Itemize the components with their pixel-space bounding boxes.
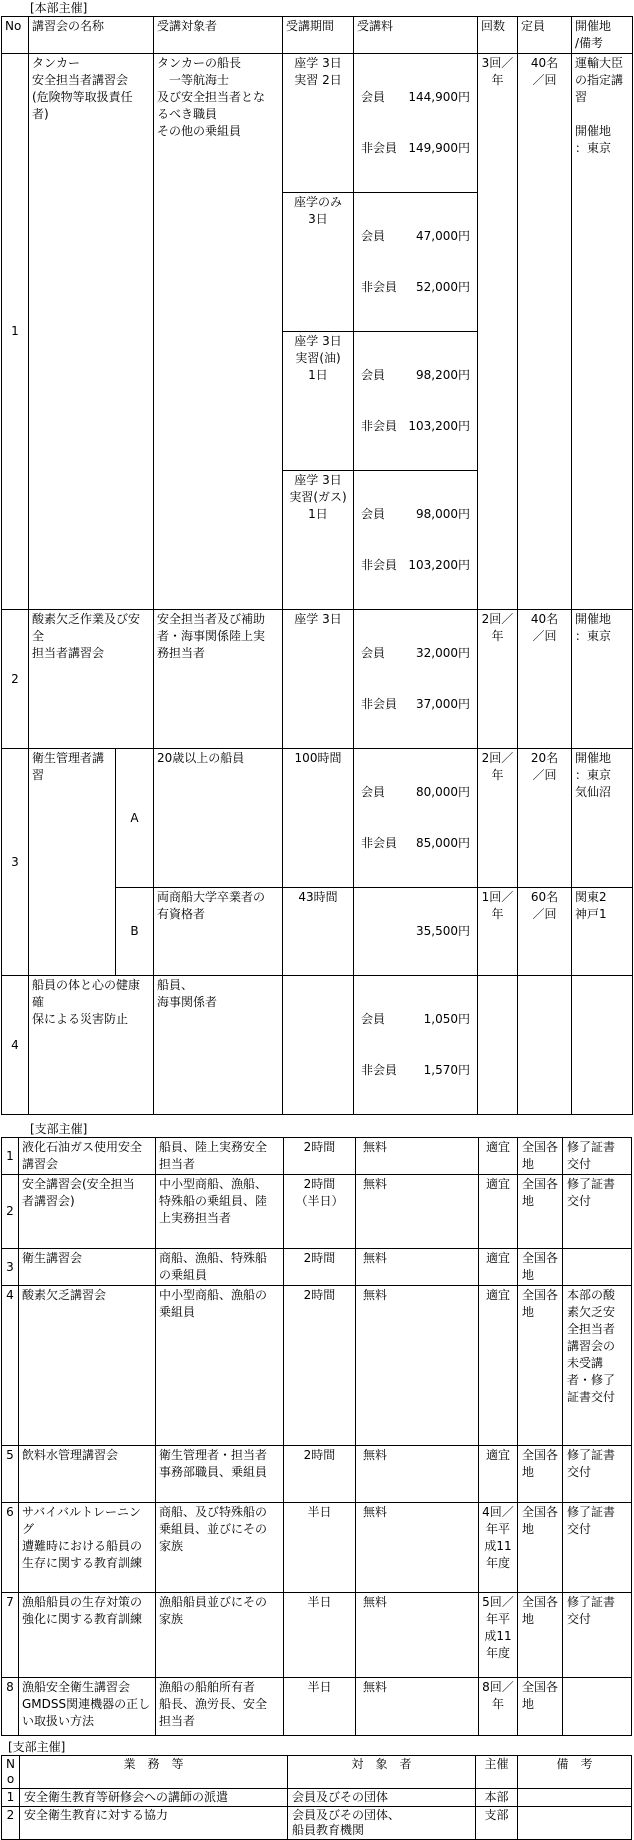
area-cell: 全国各 地 [518, 1503, 563, 1593]
col-header-capacity: 定員 [518, 17, 572, 54]
fee-line: 35,500円 [354, 923, 477, 940]
subtype-cell: B [116, 888, 154, 976]
no-cell: 4 [2, 976, 29, 1115]
col-header-note: 備 考 [518, 1756, 632, 1789]
course-name-cell: 飲料水管理講習会 [19, 1446, 156, 1503]
fee-line: 会員47,000円 [354, 228, 477, 245]
no-cell: 3 [2, 1249, 19, 1286]
fee-cell: 会員80,000円 非会員85,000円 [354, 749, 478, 888]
target-cell: 漁船の船舶所有者 船長、漁労長、安全 担当者 [156, 1678, 284, 1736]
fee-cell: 無料 [356, 1175, 479, 1249]
note-cell [563, 1678, 632, 1736]
times-cell: 5回／ 年平 成11 年度 [479, 1593, 518, 1678]
shibu-courses-table: 1 液化石油ガス使用安全 講習会 船員、陸上実務安全 担当者 2時間 無料 適宜… [1, 1137, 632, 1736]
no-cell: 3 [2, 749, 29, 976]
fee-line: 会員144,900円 [354, 89, 477, 106]
table-row: 1 液化石油ガス使用安全 講習会 船員、陸上実務安全 担当者 2時間 無料 適宜… [2, 1138, 632, 1175]
target-cell: 衛生管理者・担当者 事務部職員、乗組員 [156, 1446, 284, 1503]
no-cell: 4 [2, 1286, 19, 1446]
fee-line: 会員32,000円 [354, 645, 477, 662]
col-header-target: 受講対象者 [154, 17, 283, 54]
target-cell: 安全担当者及び補助 者・海事関係陸上実 務担当者 [154, 610, 283, 749]
course-name-cell: 漁船船員の生存対策の 強化に関する教育訓練 [19, 1593, 156, 1678]
venue-cell: 関東2 神戸1 [572, 888, 633, 976]
target-cell: 両商船大学卒業者の 有資格者 [154, 888, 283, 976]
honbu-courses-table: No 講習会の名称 受講対象者 受講期間 受講料 回数 定員 開催地 /備考 1… [1, 16, 633, 1115]
fee-label: 非会員 [361, 557, 397, 574]
period-cell: 2時間 [284, 1286, 356, 1446]
fee-amount: 103,200円 [408, 557, 470, 574]
fee-label: 会員 [361, 1011, 385, 1028]
fee-cell: 会員98,200円 非会員103,200円 [354, 332, 478, 471]
col-header-no: No [2, 1756, 20, 1789]
no-cell: 1 [2, 1138, 19, 1175]
section-label-shibu-1: [支部主催] [30, 1122, 634, 1136]
fee-line: 会員1,050円 [354, 1011, 477, 1028]
times-cell: 8回／ 年 [479, 1678, 518, 1736]
table-row: 1 安全衛生教育等研修会への講師の派遣 会員及びその団体 本部 [2, 1789, 632, 1807]
fee-cell: 35,500円 [354, 888, 478, 976]
area-cell: 全国各 地 [518, 1446, 563, 1503]
section-label-shibu-2: [支部主催] [8, 1740, 634, 1754]
fee-amount: 103,200円 [408, 418, 470, 435]
period-cell: 2時間 [284, 1138, 356, 1175]
venue-cell: 運輸大臣 の指定講 習 開催地 ：東京 [572, 54, 633, 610]
fee-line: 会員98,000円 [354, 506, 477, 523]
col-header-course-name: 講習会の名称 [29, 17, 154, 54]
note-cell: 本部の酸 素欠乏安 全担当者 講習会の 未受講 者・修了 証書交付 [563, 1286, 632, 1446]
no-cell: 5 [2, 1446, 19, 1503]
fee-label: 会員 [361, 89, 385, 106]
area-cell: 全国各 地 [518, 1286, 563, 1446]
no-cell: 6 [2, 1503, 19, 1593]
fee-cell: 無料 [356, 1286, 479, 1446]
work-cell: 安全衛生教育に対する協力 [20, 1807, 288, 1840]
fee-cell: 無料 [356, 1503, 479, 1593]
col-header-period: 受講期間 [283, 17, 354, 54]
no-cell: 7 [2, 1593, 19, 1678]
period-cell: 2時間 [284, 1446, 356, 1503]
target-cell: 船員、 海事関係者 [154, 976, 283, 1115]
times-cell: 適宜 [479, 1138, 518, 1175]
no-cell: 8 [2, 1678, 19, 1736]
table-row: 2 安全講習会(安全担当 者講習会) 中小型商船、漁船、 特殊船の乗組員、陸 上… [2, 1175, 632, 1249]
fee-cell: 会員47,000円 非会員52,000円 [354, 193, 478, 332]
fee-cell: 会員1,050円 非会員1,570円 [354, 976, 478, 1115]
table-row: 8 漁船安全衛生講習会 GMDSS関連機器の正し い取扱い方法 漁船の船舶所有者… [2, 1678, 632, 1736]
period-cell [283, 976, 354, 1115]
area-cell: 全国各 地 [518, 1678, 563, 1736]
course-name-cell: タンカー 安全担当者講習会 (危険物等取扱責任 者) [29, 54, 154, 610]
times-cell: 2回／ 年 [478, 610, 518, 749]
fee-label: 非会員 [361, 279, 397, 296]
period-cell: 座学のみ 3日 [283, 193, 354, 332]
fee-label: 会員 [361, 645, 385, 662]
col-header-venue: 開催地 /備考 [572, 17, 633, 54]
fee-amount: 144,900円 [408, 89, 470, 106]
course-name-cell: 酸素欠乏講習会 [19, 1286, 156, 1446]
table-row: 1 タンカー 安全担当者講習会 (危険物等取扱責任 者) タンカーの船長 一等航… [2, 54, 633, 193]
capacity-cell: 60名 ／回 [518, 888, 572, 976]
col-header-fee: 受講料 [354, 17, 478, 54]
table-header-row: No 講習会の名称 受講対象者 受講期間 受講料 回数 定員 開催地 /備考 [2, 17, 633, 54]
fee-line: 非会員149,900円 [354, 140, 477, 157]
period-cell: 2時間 （半日） [284, 1175, 356, 1249]
capacity-cell [518, 976, 572, 1115]
fee-label: 会員 [361, 784, 385, 801]
table-row: 3 衛生講習会 商船、漁船、特殊船 の乗組員 2時間 無料 適宜 全国各 地 [2, 1249, 632, 1286]
target-cell: 会員及びその団体 [288, 1789, 476, 1807]
fee-amount: 35,500円 [416, 923, 470, 940]
times-cell: 適宜 [479, 1446, 518, 1503]
times-cell: 3回／ 年 [478, 54, 518, 610]
fee-label: 非会員 [361, 1062, 397, 1079]
note-cell: 修了証書 交付 [563, 1503, 632, 1593]
no-cell: 2 [2, 610, 29, 749]
course-name-cell: 漁船安全衛生講習会 GMDSS関連機器の正し い取扱い方法 [19, 1678, 156, 1736]
fee-cell: 会員32,000円 非会員37,000円 [354, 610, 478, 749]
note-cell [518, 1807, 632, 1840]
fee-label: 会員 [361, 367, 385, 384]
area-cell: 全国各 地 [518, 1593, 563, 1678]
no-cell: 1 [2, 1789, 20, 1807]
fee-amount: 32,000円 [416, 645, 470, 662]
fee-label: 非会員 [361, 835, 397, 852]
fee-amount: 47,000円 [416, 228, 470, 245]
note-cell: 修了証書 交付 [563, 1138, 632, 1175]
fee-amount: 149,900円 [408, 140, 470, 157]
table-row: 4 船員の体と心の健康確 保による災害防止 船員、 海事関係者 会員1,050円… [2, 976, 633, 1115]
fee-line: 非会員37,000円 [354, 696, 477, 713]
fee-cell: 無料 [356, 1138, 479, 1175]
venue-cell [572, 976, 633, 1115]
col-header-target: 対 象 者 [288, 1756, 476, 1789]
course-name-cell: 衛生講習会 [19, 1249, 156, 1286]
fee-cell: 会員98,000円 非会員103,200円 [354, 471, 478, 610]
course-name-cell: 液化石油ガス使用安全 講習会 [19, 1138, 156, 1175]
table-row: 5 飲料水管理講習会 衛生管理者・担当者 事務部職員、乗組員 2時間 無料 適宜… [2, 1446, 632, 1503]
col-header-host: 主催 [476, 1756, 518, 1789]
work-cell: 安全衛生教育等研修会への講師の派遣 [20, 1789, 288, 1807]
venue-cell: 開催地 ：東京 [572, 610, 633, 749]
times-cell [478, 976, 518, 1115]
capacity-cell: 40名 ／回 [518, 54, 572, 610]
table-row: 4 酸素欠乏講習会 中小型商船、漁船の 乗組員 2時間 無料 適宜 全国各 地 … [2, 1286, 632, 1446]
target-cell: 中小型商船、漁船、 特殊船の乗組員、陸 上実務担当者 [156, 1175, 284, 1249]
fee-amount: 37,000円 [416, 696, 470, 713]
course-name-cell: 船員の体と心の健康確 保による災害防止 [29, 976, 154, 1115]
fee-cell: 無料 [356, 1446, 479, 1503]
fee-label: 非会員 [361, 140, 397, 157]
fee-line: 非会員103,200円 [354, 418, 477, 435]
period-cell: 半日 [284, 1593, 356, 1678]
fee-cell: 無料 [356, 1678, 479, 1736]
fee-line: 非会員85,000円 [354, 835, 477, 852]
target-cell: 商船、漁船、特殊船 の乗組員 [156, 1249, 284, 1286]
fee-line: 非会員103,200円 [354, 557, 477, 574]
table-row: 2 安全衛生教育に対する協力 会員及びその団体、 船員教育機関 支部 [2, 1807, 632, 1840]
col-header-times: 回数 [478, 17, 518, 54]
col-header-work: 業 務 等 [20, 1756, 288, 1789]
course-name-cell: 衛生管理者講習 [29, 749, 116, 976]
no-cell: 1 [2, 54, 29, 610]
times-cell: 1回／ 年 [478, 888, 518, 976]
target-cell: タンカーの船長 一等航海士 及び安全担当者とな るべき職員 その他の乗組員 [154, 54, 283, 610]
subtype-cell: A [116, 749, 154, 888]
fee-label: 会員 [361, 228, 385, 245]
host-cell: 本部 [476, 1789, 518, 1807]
area-cell: 全国各 地 [518, 1175, 563, 1249]
col-header-no: No [2, 17, 29, 54]
fee-line: 非会員52,000円 [354, 279, 477, 296]
fee-label: 非会員 [361, 418, 397, 435]
note-cell [563, 1249, 632, 1286]
period-cell: 半日 [284, 1503, 356, 1593]
fee-amount: 98,200円 [416, 367, 470, 384]
fee-amount: 98,000円 [416, 506, 470, 523]
period-cell: 座学 3日 実習(ガス) 1日 [283, 471, 354, 610]
fee-line: 会員80,000円 [354, 784, 477, 801]
fee-cell: 会員144,900円 非会員149,900円 [354, 54, 478, 193]
times-cell: 適宜 [479, 1249, 518, 1286]
venue-cell: 開催地 ：東京 気仙沼 [572, 749, 633, 888]
fee-amount: 1,050円 [424, 1011, 470, 1028]
period-cell: 座学 3日 [283, 610, 354, 749]
course-name-cell: 安全講習会(安全担当 者講習会) [19, 1175, 156, 1249]
period-cell: 座学 3日 実習(油) 1日 [283, 332, 354, 471]
period-cell: 半日 [284, 1678, 356, 1736]
times-cell: 適宜 [479, 1175, 518, 1249]
target-cell: 商船、及び特殊船の 乗組員、並びにその 家族 [156, 1503, 284, 1593]
note-cell: 修了証書 交付 [563, 1446, 632, 1503]
fee-line: 非会員1,570円 [354, 1062, 477, 1079]
table-row: 7 漁船船員の生存対策の 強化に関する教育訓練 漁船船員並びにその 家族 半日 … [2, 1593, 632, 1678]
fee-label: 非会員 [361, 696, 397, 713]
times-cell: 2回／ 年 [478, 749, 518, 888]
period-cell: 100時間 [283, 749, 354, 888]
section-label-honbu: [本部主催] [30, 1, 634, 15]
target-cell: 船員、陸上実務安全 担当者 [156, 1138, 284, 1175]
fee-line: 会員98,200円 [354, 367, 477, 384]
table-header-row: No 業 務 等 対 象 者 主催 備 考 [2, 1756, 632, 1789]
capacity-cell: 20名 ／回 [518, 749, 572, 888]
shibu-services-table: No 業 務 等 対 象 者 主催 備 考 1 安全衛生教育等研修会への講師の派… [1, 1755, 632, 1840]
period-cell: 2時間 [284, 1249, 356, 1286]
times-cell: 適宜 [479, 1286, 518, 1446]
target-cell: 漁船船員並びにその 家族 [156, 1593, 284, 1678]
fee-amount: 80,000円 [416, 784, 470, 801]
note-cell: 修了証書 交付 [563, 1175, 632, 1249]
no-cell: 2 [2, 1807, 20, 1840]
table-row: 2 酸素欠乏作業及び安全 担当者講習会 安全担当者及び補助 者・海事関係陸上実 … [2, 610, 633, 749]
course-name-cell: サバイバルトレーニン グ 遭難時における船員の 生存に関する教育訓練 [19, 1503, 156, 1593]
table-row: 3 衛生管理者講習 A 20歳以上の船員 100時間 会員80,000円 非会員… [2, 749, 633, 888]
period-cell: 座学 3日 実習 2日 [283, 54, 354, 193]
period-cell: 43時間 [283, 888, 354, 976]
course-name-cell: 酸素欠乏作業及び安全 担当者講習会 [29, 610, 154, 749]
table-row: 6 サバイバルトレーニン グ 遭難時における船員の 生存に関する教育訓練 商船、… [2, 1503, 632, 1593]
times-cell: 4回／ 年平 成11 年度 [479, 1503, 518, 1593]
no-cell: 2 [2, 1175, 19, 1249]
note-cell: 修了証書 交付 [563, 1593, 632, 1678]
area-cell: 全国各 地 [518, 1138, 563, 1175]
fee-amount: 52,000円 [416, 279, 470, 296]
area-cell: 全国各 地 [518, 1249, 563, 1286]
target-cell: 会員及びその団体、 船員教育機関 [288, 1807, 476, 1840]
fee-amount: 85,000円 [416, 835, 470, 852]
capacity-cell: 40名 ／回 [518, 610, 572, 749]
fee-amount: 1,570円 [424, 1062, 470, 1079]
target-cell: 20歳以上の船員 [154, 749, 283, 888]
host-cell: 支部 [476, 1807, 518, 1840]
fee-cell: 無料 [356, 1593, 479, 1678]
target-cell: 中小型商船、漁船の 乗組員 [156, 1286, 284, 1446]
fee-cell: 無料 [356, 1249, 479, 1286]
note-cell [518, 1789, 632, 1807]
fee-label: 会員 [361, 506, 385, 523]
